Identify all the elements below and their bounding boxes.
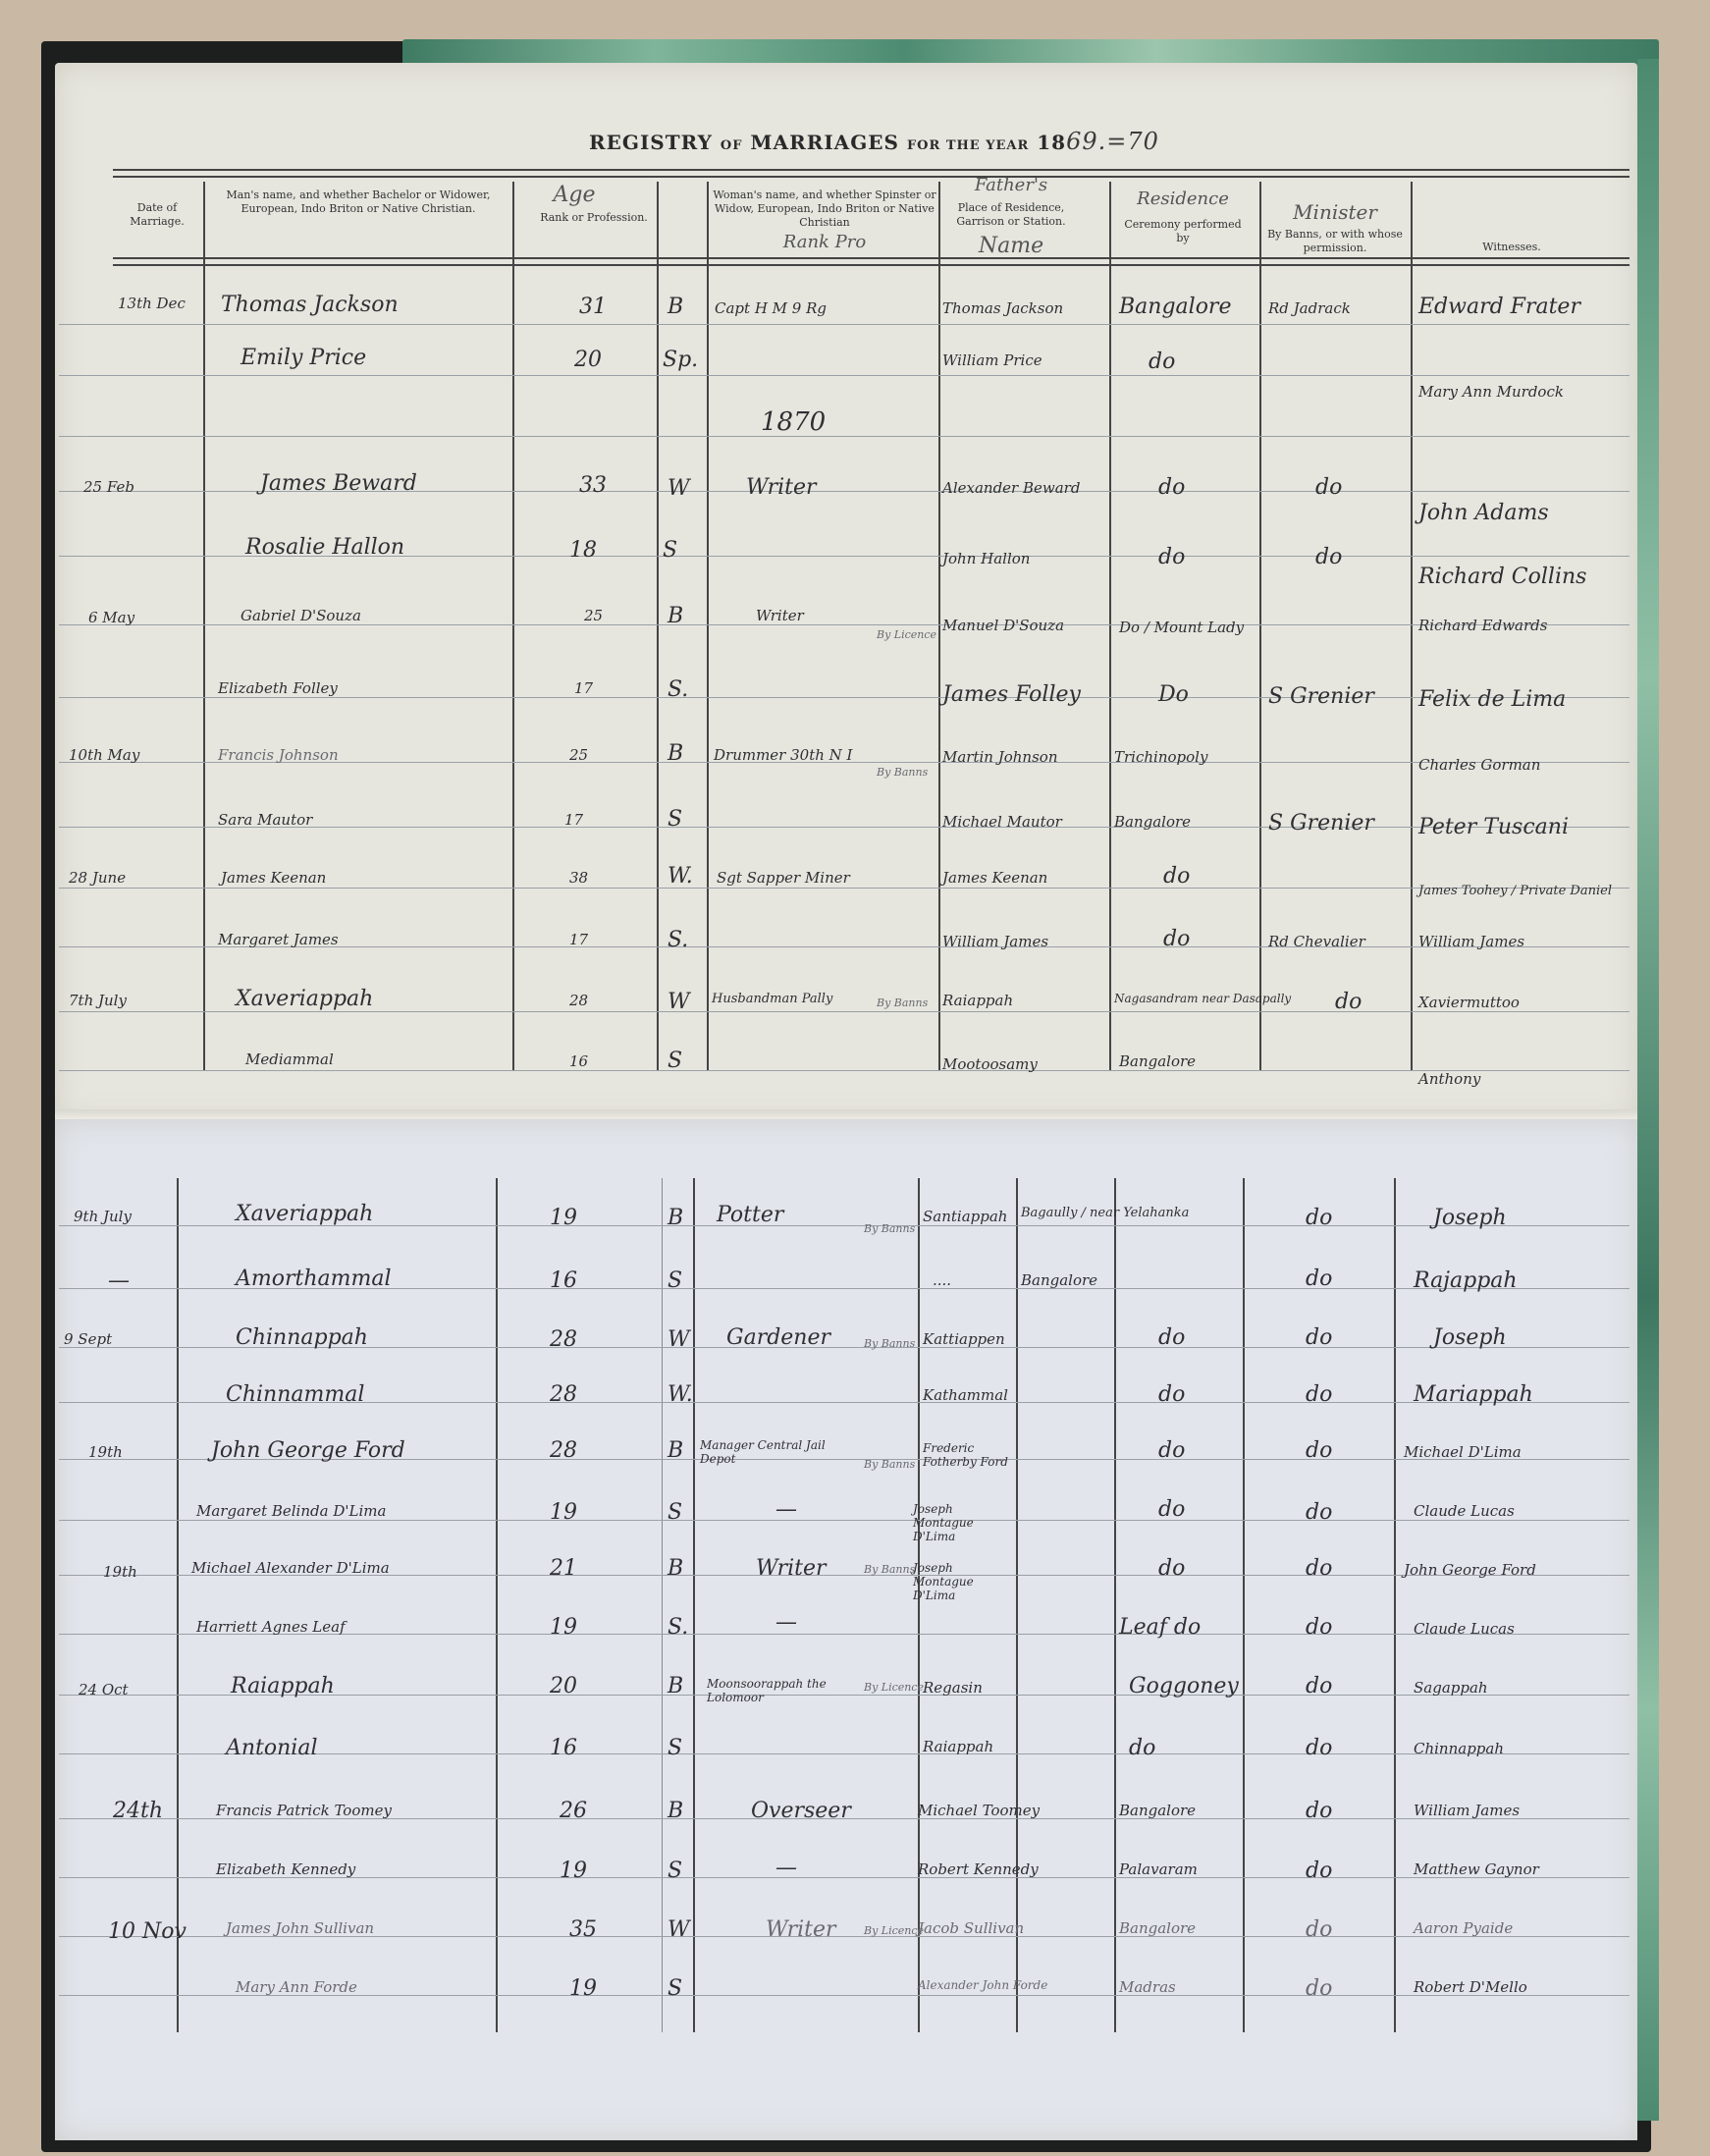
entry-father: John Hallon [942, 550, 1030, 567]
entry-rank: Writer [766, 1917, 836, 1942]
entry-age: 31 [579, 295, 607, 319]
entry-date: — [108, 1268, 130, 1293]
entry-witness: Peter Tuscani [1418, 815, 1569, 839]
entry-witness: Felix de Lima [1418, 687, 1566, 712]
entry-minister: do [1306, 1325, 1332, 1350]
entry-father: Kattiappen [923, 1330, 1005, 1348]
entry-name: Francis Patrick Toomey [216, 1802, 392, 1819]
header-date: Date of Marriage. [113, 201, 201, 229]
entry-age: 21 [550, 1556, 577, 1581]
header-woman: Woman's name, and whether Spinster or Wi… [712, 189, 937, 230]
col-divider [662, 1178, 663, 2032]
entry-witness: Richard Edwards [1418, 617, 1547, 634]
col-divider [1016, 1178, 1018, 2032]
entry-rank: — [775, 1610, 797, 1635]
entry-condition: S [668, 1976, 682, 2001]
entry-witness: James Toohey / Private Daniel [1418, 884, 1612, 898]
entry-name: Sara Mautor [218, 811, 312, 829]
entry-condition: S. [668, 677, 688, 702]
header-top-rule [113, 169, 1630, 178]
entry-witness: John Adams [1418, 501, 1549, 525]
entry-age: 28 [569, 992, 588, 1009]
entry-name: Amorthammal [236, 1267, 392, 1291]
col-divider [496, 1178, 498, 2032]
entry-witness: Xaviermuttoo [1418, 994, 1520, 1011]
header-witnesses: Witnesses. [1414, 241, 1610, 254]
entry-date: 24 Oct [79, 1681, 129, 1698]
entry-residence: Bangalore [1114, 813, 1191, 831]
entry-date: 24th [113, 1799, 163, 1823]
entry-name: Francis Johnson [218, 746, 339, 764]
entry-condition: B [668, 1438, 683, 1463]
entry-name: Gabriel D'Souza [240, 607, 361, 624]
entry-father: Michael Mautor [942, 813, 1062, 831]
entry-name: Mary Ann Forde [236, 1978, 357, 1996]
entry-father: Santiappah [923, 1208, 1007, 1225]
entry-name: Xaveriappah [236, 1202, 373, 1226]
entry-rank: Writer [756, 607, 804, 624]
entry-name: Thomas Jackson [221, 293, 399, 317]
entry-residence: Bangalore [1119, 1802, 1196, 1819]
entry-residence: Bangalore [1021, 1271, 1097, 1289]
entry-name: Margaret Belinda D'Lima [196, 1502, 386, 1520]
header-residence-hand: Residence [1119, 189, 1247, 210]
entry-minister: do [1306, 1976, 1332, 2001]
col-divider [512, 182, 514, 1070]
entry-minister: Rd Chevalier [1268, 933, 1365, 950]
entry-age: 33 [579, 473, 607, 498]
entry-minister: do [1315, 545, 1342, 569]
entry-condition: B [668, 1799, 683, 1823]
entry-condition: B [668, 741, 683, 766]
entry-witness: Mariappah [1414, 1382, 1533, 1407]
entry-minister: do [1306, 1267, 1332, 1291]
entry-banns: By Banns [864, 1563, 915, 1576]
entry-condition: W [668, 1917, 690, 1942]
entry-father: Alexander Beward [942, 479, 1080, 497]
entry-residence: Nagasandram near Dasapally [1114, 992, 1291, 1005]
entry-residence: do [1149, 350, 1175, 374]
entry-residence: do [1163, 864, 1190, 889]
entry-age: 16 [550, 1736, 577, 1760]
entry-condition: W [668, 1327, 690, 1352]
entry-minister: do [1306, 1615, 1332, 1640]
entry-banns: By Banns [864, 1458, 915, 1471]
entry-witness: Anthony [1418, 1070, 1480, 1088]
entry-witness: Chinnappah [1414, 1740, 1504, 1757]
entry-age: 28 [550, 1327, 577, 1352]
entry-father: William Price [942, 351, 1042, 369]
entry-age: 20 [574, 348, 602, 372]
entry-residence: Bangalore [1119, 295, 1231, 319]
entry-condition: W. [668, 864, 693, 889]
entry-age: 19 [550, 1206, 577, 1230]
header-woman-hand: Rank Pro [726, 232, 923, 253]
entry-minister: do [1306, 1438, 1332, 1463]
entry-father: .... [933, 1271, 951, 1289]
entry-father: James Keenan [942, 869, 1047, 887]
entry-father: Manuel D'Souza [942, 617, 1064, 634]
entry-residence: do [1158, 1438, 1185, 1463]
entry-name: James Keenan [221, 869, 326, 887]
year-divider: 1870 [761, 407, 826, 437]
entry-father: Mootoosamy [942, 1055, 1038, 1073]
entry-condition: B [668, 1556, 683, 1581]
entry-residence: do [1163, 927, 1190, 951]
entry-father: Joseph Montague D'Lima [913, 1561, 1011, 1602]
entry-name: John George Ford [211, 1438, 405, 1463]
col-divider [938, 182, 940, 1070]
entry-minister: do [1315, 475, 1342, 500]
entry-date: 9th July [74, 1208, 132, 1225]
entry-residence: do [1158, 1325, 1185, 1350]
entry-date: 19th [103, 1563, 137, 1581]
entry-age: 35 [569, 1917, 597, 1942]
entry-age: 19 [560, 1859, 587, 1883]
header-rank: Rank or Profession. [520, 211, 668, 225]
col-divider [177, 1178, 179, 2032]
entry-age: 16 [569, 1052, 588, 1070]
entry-name: Mediammal [245, 1051, 334, 1068]
entry-residence: Leaf do [1119, 1615, 1201, 1640]
entry-name: James John Sullivan [226, 1919, 374, 1937]
entry-father: Jacob Sullivan [918, 1919, 1024, 1937]
entry-condition: W [668, 990, 690, 1014]
entry-witness: Charles Gorman [1418, 756, 1540, 774]
entry-banns: By Banns [864, 1337, 915, 1350]
entry-rank: Sgt Sapper Miner [717, 869, 850, 887]
entry-witness: Sagappah [1414, 1679, 1488, 1697]
entry-residence: Bagaully / near Yelahanka [1021, 1206, 1189, 1220]
entry-father: Frederic Fotherby Ford [923, 1441, 1011, 1469]
entry-name: Chinnappah [236, 1325, 368, 1350]
entry-age: 25 [569, 746, 588, 764]
col-divider [1109, 182, 1111, 1070]
entry-residence: Palavaram [1119, 1860, 1198, 1878]
col-divider [1259, 182, 1261, 1070]
entry-father: Raiappah [923, 1738, 993, 1755]
entry-age: 19 [550, 1500, 577, 1525]
header-age-hand: Age [535, 185, 614, 206]
marbled-edge-side [1637, 59, 1659, 2121]
entry-rank: Husbandman Pally [712, 992, 832, 1006]
entry-condition: Sp. [663, 348, 698, 372]
entry-minister: do [1306, 1736, 1332, 1760]
entry-name: Harriett Agnes Leaf [196, 1618, 346, 1636]
header-father-hand: Father's [942, 175, 1080, 196]
entry-residence: do [1158, 545, 1185, 569]
entry-father: Regasin [923, 1679, 983, 1697]
entry-minister: do [1306, 1674, 1332, 1698]
col-divider [657, 182, 659, 1070]
entry-father: James Folley [942, 682, 1081, 707]
entry-witness: Joseph [1433, 1206, 1507, 1230]
entry-condition: B [668, 604, 683, 628]
entry-witness: Joseph [1433, 1325, 1507, 1350]
entry-residence: Bangalore [1119, 1919, 1196, 1937]
entry-residence: do [1158, 1497, 1185, 1522]
entry-name: Michael Alexander D'Lima [191, 1559, 390, 1577]
entry-minister: do [1306, 1382, 1332, 1407]
entry-condition: S [668, 1859, 682, 1883]
entry-condition: S. [668, 1615, 688, 1640]
entry-witness: Claude Lucas [1414, 1620, 1515, 1638]
header-ceremony: Ceremony performed by [1119, 218, 1247, 245]
entry-father: William James [942, 933, 1048, 950]
entry-condition: S [668, 1500, 682, 1525]
header-banns: By Banns, or with whose permission. [1266, 228, 1404, 255]
entry-age: 20 [550, 1674, 577, 1698]
entry-witness: Edward Frater [1418, 295, 1580, 319]
entry-witness: Richard Collins [1418, 565, 1586, 589]
entry-witness: William James [1414, 1802, 1520, 1819]
entry-date: 7th July [69, 992, 127, 1009]
entry-name: Elizabeth Kennedy [216, 1860, 355, 1878]
entry-residence: do [1129, 1736, 1155, 1760]
entry-father: Martin Johnson [942, 748, 1057, 766]
entry-father: Thomas Jackson [942, 299, 1063, 317]
entry-witness: Robert D'Mello [1414, 1978, 1527, 1996]
entry-condition: B [668, 1674, 683, 1698]
entry-witness: Rajappah [1414, 1268, 1518, 1293]
entry-witness: Claude Lucas [1414, 1502, 1515, 1520]
col-divider [1411, 182, 1413, 1070]
entry-condition: S [663, 538, 677, 563]
entry-residence: Trichinopoly [1114, 748, 1207, 766]
entry-rank: Writer [756, 1556, 827, 1581]
entry-rank: Drummer 30th N I [714, 746, 852, 764]
entry-condition: S [668, 1268, 682, 1293]
entry-witness: Mary Ann Murdock [1418, 383, 1564, 401]
header-name-hand: Name [942, 236, 1080, 257]
entry-witness: Matthew Gaynor [1414, 1860, 1539, 1878]
entry-rank: Overseer [751, 1799, 851, 1823]
header-residence: Place of Residence, Garrison or Station. [942, 201, 1080, 229]
entry-witness: Aaron Pyaide [1414, 1919, 1513, 1937]
entry-condition: W. [668, 1382, 693, 1407]
entry-residence: do [1158, 1556, 1185, 1581]
entry-date: 13th Dec [118, 295, 186, 312]
entry-minister: S Grenier [1268, 811, 1374, 835]
entry-residence: Goggoney [1129, 1674, 1239, 1698]
col-divider [693, 1178, 695, 2032]
entry-father: Alexander John Forde [918, 1978, 1047, 1992]
entry-age: 28 [550, 1382, 577, 1407]
entry-condition: S [668, 1736, 682, 1760]
entry-father: Raiappah [942, 992, 1013, 1009]
entry-condition: W [668, 476, 690, 501]
page-title: REGISTRY OF MARRIAGES FOR THE YEAR 1869.… [589, 128, 1159, 155]
entry-residence: Madras [1119, 1978, 1176, 1996]
header-bottom-rule [113, 257, 1630, 266]
entry-age: 17 [564, 811, 583, 829]
entry-rank: Capt H M 9 Rg [715, 299, 827, 317]
entry-witness: William James [1418, 933, 1524, 950]
entry-condition: S [668, 1049, 682, 1073]
entry-age: 25 [584, 607, 603, 624]
entry-date: 10th May [69, 746, 139, 764]
entry-age: 28 [550, 1438, 577, 1463]
entry-minister: Rd Jadrack [1268, 299, 1351, 317]
entry-rank: — [775, 1856, 797, 1880]
col-divider [1243, 1178, 1245, 2032]
entry-condition: S [668, 807, 682, 832]
entry-name: Chinnammal [226, 1382, 364, 1407]
entry-banns: By Banns [877, 997, 928, 1009]
handwritten-year: 69.=70 [1066, 128, 1159, 155]
entry-minister: do [1306, 1799, 1332, 1823]
col-divider [203, 182, 205, 1070]
entry-residence: Bangalore [1119, 1052, 1196, 1070]
entry-banns: By Licence [877, 628, 936, 641]
entry-name: Emily Price [240, 346, 366, 370]
entry-banns: By Banns [877, 766, 928, 779]
entry-witness: Michael D'Lima [1404, 1443, 1522, 1461]
entry-age: 19 [550, 1615, 577, 1640]
col-divider [1394, 1178, 1396, 2032]
entry-rank: Gardener [726, 1325, 830, 1350]
entry-rank: Writer [746, 475, 817, 500]
entry-age: 17 [569, 931, 588, 948]
entry-age: 17 [574, 679, 593, 697]
entry-minister: do [1306, 1556, 1332, 1581]
entry-banns: By Licence [864, 1681, 924, 1694]
header-minister-hand: Minister [1266, 201, 1404, 223]
entry-date: 28 June [69, 869, 126, 887]
entry-condition: B [668, 1206, 683, 1230]
entry-minister: do [1306, 1917, 1332, 1942]
entry-age: 18 [569, 538, 597, 563]
entry-age: 26 [560, 1799, 587, 1823]
entry-name: Elizabeth Folley [218, 679, 338, 697]
entry-name: Raiappah [231, 1674, 335, 1698]
entry-date: 10 Nov [108, 1919, 187, 1944]
col-divider [1114, 1178, 1116, 2032]
entry-date: 25 Feb [83, 478, 134, 496]
entry-minister: do [1306, 1859, 1332, 1883]
entry-date: 6 May [88, 609, 134, 626]
entry-condition: S. [668, 928, 688, 952]
entry-name: Rosalie Hallon [245, 535, 404, 560]
entry-father: Joseph Montague D'Lima [913, 1502, 1011, 1543]
entry-condition: B [668, 295, 683, 319]
entry-minister: do [1306, 1500, 1332, 1525]
entry-residence: Do / Mount Lady [1119, 619, 1244, 636]
entry-rank: Potter [717, 1203, 783, 1227]
entry-name: James Beward [260, 471, 417, 496]
col-divider [707, 182, 709, 1070]
entry-minister: S Grenier [1268, 684, 1374, 709]
entry-rank: — [775, 1497, 797, 1522]
entry-residence: Do [1158, 682, 1189, 707]
entry-residence: do [1158, 1382, 1185, 1407]
entry-residence: do [1158, 475, 1185, 500]
entry-age: 16 [550, 1268, 577, 1293]
entry-age: 38 [569, 869, 588, 887]
entry-date: 9 Sept [64, 1330, 112, 1348]
header-man: Man's name, and whether Bachelor or Wido… [211, 189, 506, 216]
entry-father: Robert Kennedy [918, 1860, 1039, 1878]
entry-banns: By Banns [864, 1222, 915, 1235]
entry-name: Xaveriappah [236, 987, 373, 1011]
entry-rank: Manager Central Jail Depot [700, 1438, 857, 1466]
entry-father: Kathammal [923, 1386, 1008, 1404]
entry-minister: do [1306, 1206, 1332, 1230]
entry-father: Michael Toomey [918, 1802, 1040, 1819]
entry-rank: Moonsoorappah the Lolomoor [707, 1677, 854, 1704]
entry-minister: do [1335, 990, 1362, 1014]
entry-name: Antonial [226, 1736, 318, 1760]
entry-banns: By Licence [864, 1924, 924, 1937]
col-divider [918, 1178, 920, 2032]
entry-age: 19 [569, 1976, 597, 2001]
entry-date: 19th [88, 1443, 123, 1461]
entry-name: Margaret James [218, 931, 339, 948]
entry-witness: John George Ford [1404, 1561, 1536, 1579]
